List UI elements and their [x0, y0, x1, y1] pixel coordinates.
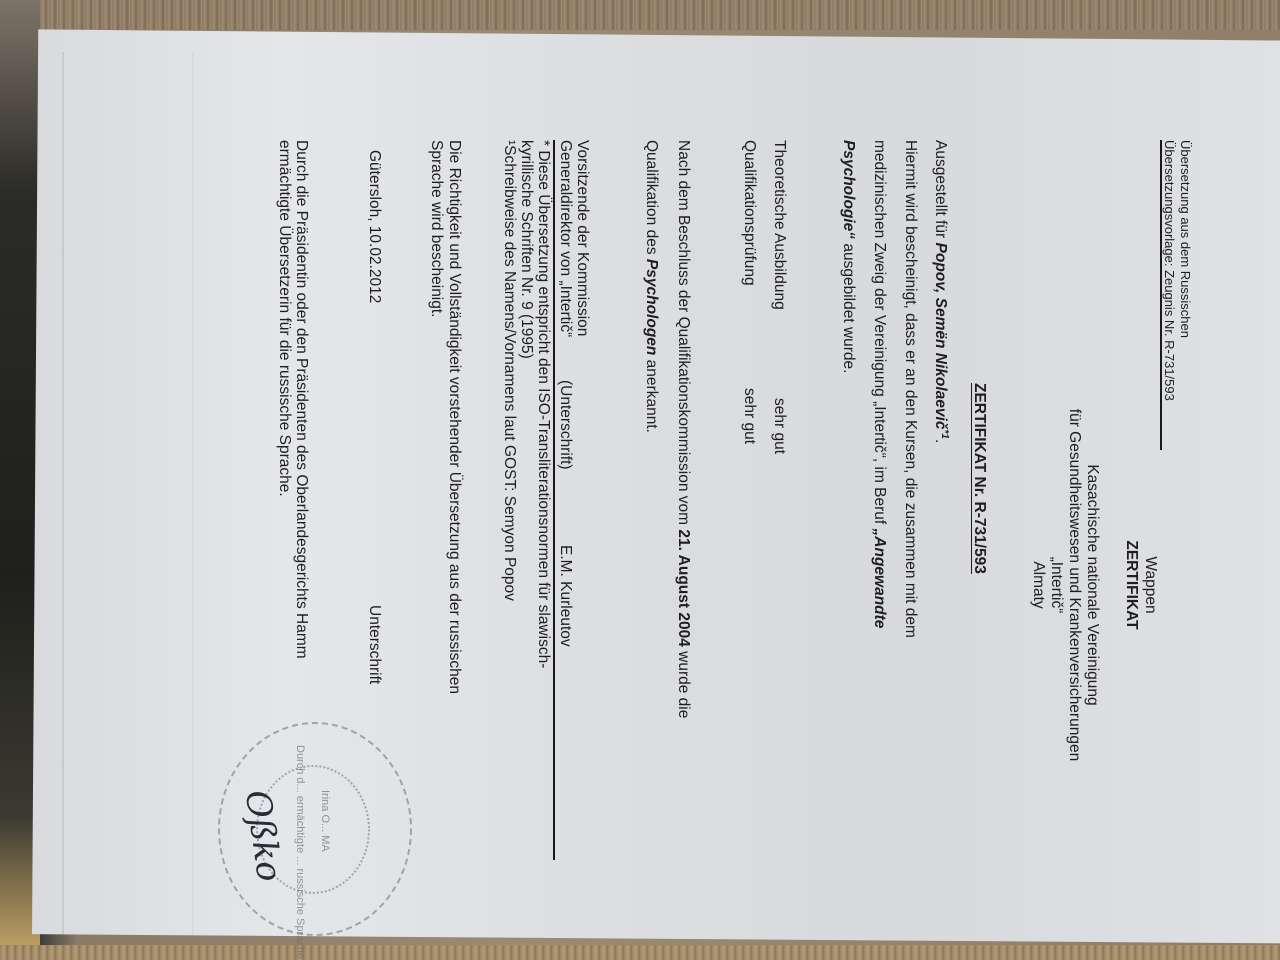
issued-for: Ausgestellt für Popov, Semёn Nikolaevič*…	[932, 140, 949, 443]
title: ZERTIFIKAT	[1124, 485, 1140, 685]
signature-role-2: Generaldirektor von „Intertič“	[558, 140, 574, 337]
place-date: Gütersloh, 10.02.2012	[367, 150, 383, 303]
header-line-2: Übersetzungsvorlage: Zeugnis Nr. R-731/5…	[1163, 140, 1176, 401]
grade-value-1: sehr gut	[772, 398, 788, 454]
grade-subject-1: Theoretische Ausbildung	[772, 140, 788, 310]
signer-name: E.M. Kurleutov	[558, 545, 574, 647]
footnote-1-line-1: * Diese Übersetzung entspricht den ISO-T…	[536, 140, 552, 668]
header-rule	[1160, 140, 1162, 450]
signature-note: (Unterschrift)	[558, 380, 574, 470]
certificate-number: ZERTIFIKAT Nr. R-731/593	[972, 383, 988, 574]
org-line-1: Kasachische nationale Vereinigung	[1085, 385, 1101, 785]
translator-signature-label: Unterschrift	[367, 605, 383, 684]
qualification-title: Psychologen	[643, 259, 660, 355]
header-line-1: Übersetzung aus dem Russischen	[1179, 140, 1192, 338]
footnote-rule	[554, 140, 556, 860]
document-page: Übersetzung aus dem Russischen Übersetzu…	[0, 0, 1280, 960]
decision-line-2: Qualifikation des Psychologen anerkannt.	[644, 140, 660, 433]
wappen-label: Wappen	[1143, 485, 1159, 685]
body-line-3-text: ausgebildet wurde.	[840, 239, 857, 373]
footnote-1-line-2: kyrillische Schriften Nr. 9 (1995)	[519, 140, 535, 359]
grade-subject-2: Qualifikationsprüfung	[742, 140, 758, 286]
stamp-text: Durch d... ermächtigte ... russische Spr…	[294, 745, 305, 959]
attestation-line-1: Die Richtigkeit und Vollständigkeit vors…	[447, 140, 463, 694]
footnote-mark: *1	[939, 429, 950, 438]
issued-for-suffix: .	[932, 439, 949, 443]
issued-for-prefix: Ausgestellt für	[932, 140, 949, 243]
signature-role-1: Vorsitzende der Kommission	[575, 140, 591, 336]
org-line-2: für Gesundheitswesen und Krankenversiche…	[1067, 385, 1083, 785]
body-line-1: Hiermit wird bescheinigt, dass er an den…	[903, 140, 919, 638]
authorization-line-2: ermächtigte Übersetzerin für die russisc…	[277, 140, 293, 497]
attestation-line-2: Sprache wird bescheinigt.	[429, 140, 445, 318]
body-line-2-text: medizinischen Zweig der Vereinigung „Int…	[871, 140, 888, 529]
stamp-inner-text: Irina O... MA	[319, 790, 330, 852]
body-line-3: Psychologie“ ausgebildet wurde.	[841, 140, 857, 373]
decision-line-1: Nach dem Beschluss der Qualifikationskom…	[676, 140, 692, 718]
org-line-3: „Intertič“	[1049, 385, 1065, 785]
authorization-line-1: Durch die Präsidentin oder den Präsident…	[294, 140, 310, 659]
profession-part-1: „Angewandte	[871, 529, 888, 629]
footnote-2: ¹Schreibweise des Namens/Vornamens laut …	[502, 140, 518, 601]
grade-value-2: sehr gut	[742, 388, 758, 444]
profession-part-2: Psychologie“	[840, 140, 857, 239]
decision-text-end: wurde die	[675, 647, 692, 719]
recipient-name: Popov, Semёn Nikolaevič	[932, 243, 949, 430]
body-line-2: medizinischen Zweig der Vereinigung „Int…	[872, 140, 888, 628]
decision-text: Nach dem Beschluss der Qualifikationskom…	[675, 140, 692, 529]
decision-text-2-end: anerkannt.	[643, 355, 660, 433]
decision-text-2: Qualifikation des	[643, 140, 660, 259]
decision-date: 21. August 2004	[675, 529, 692, 646]
city: Almaty	[1031, 385, 1047, 785]
